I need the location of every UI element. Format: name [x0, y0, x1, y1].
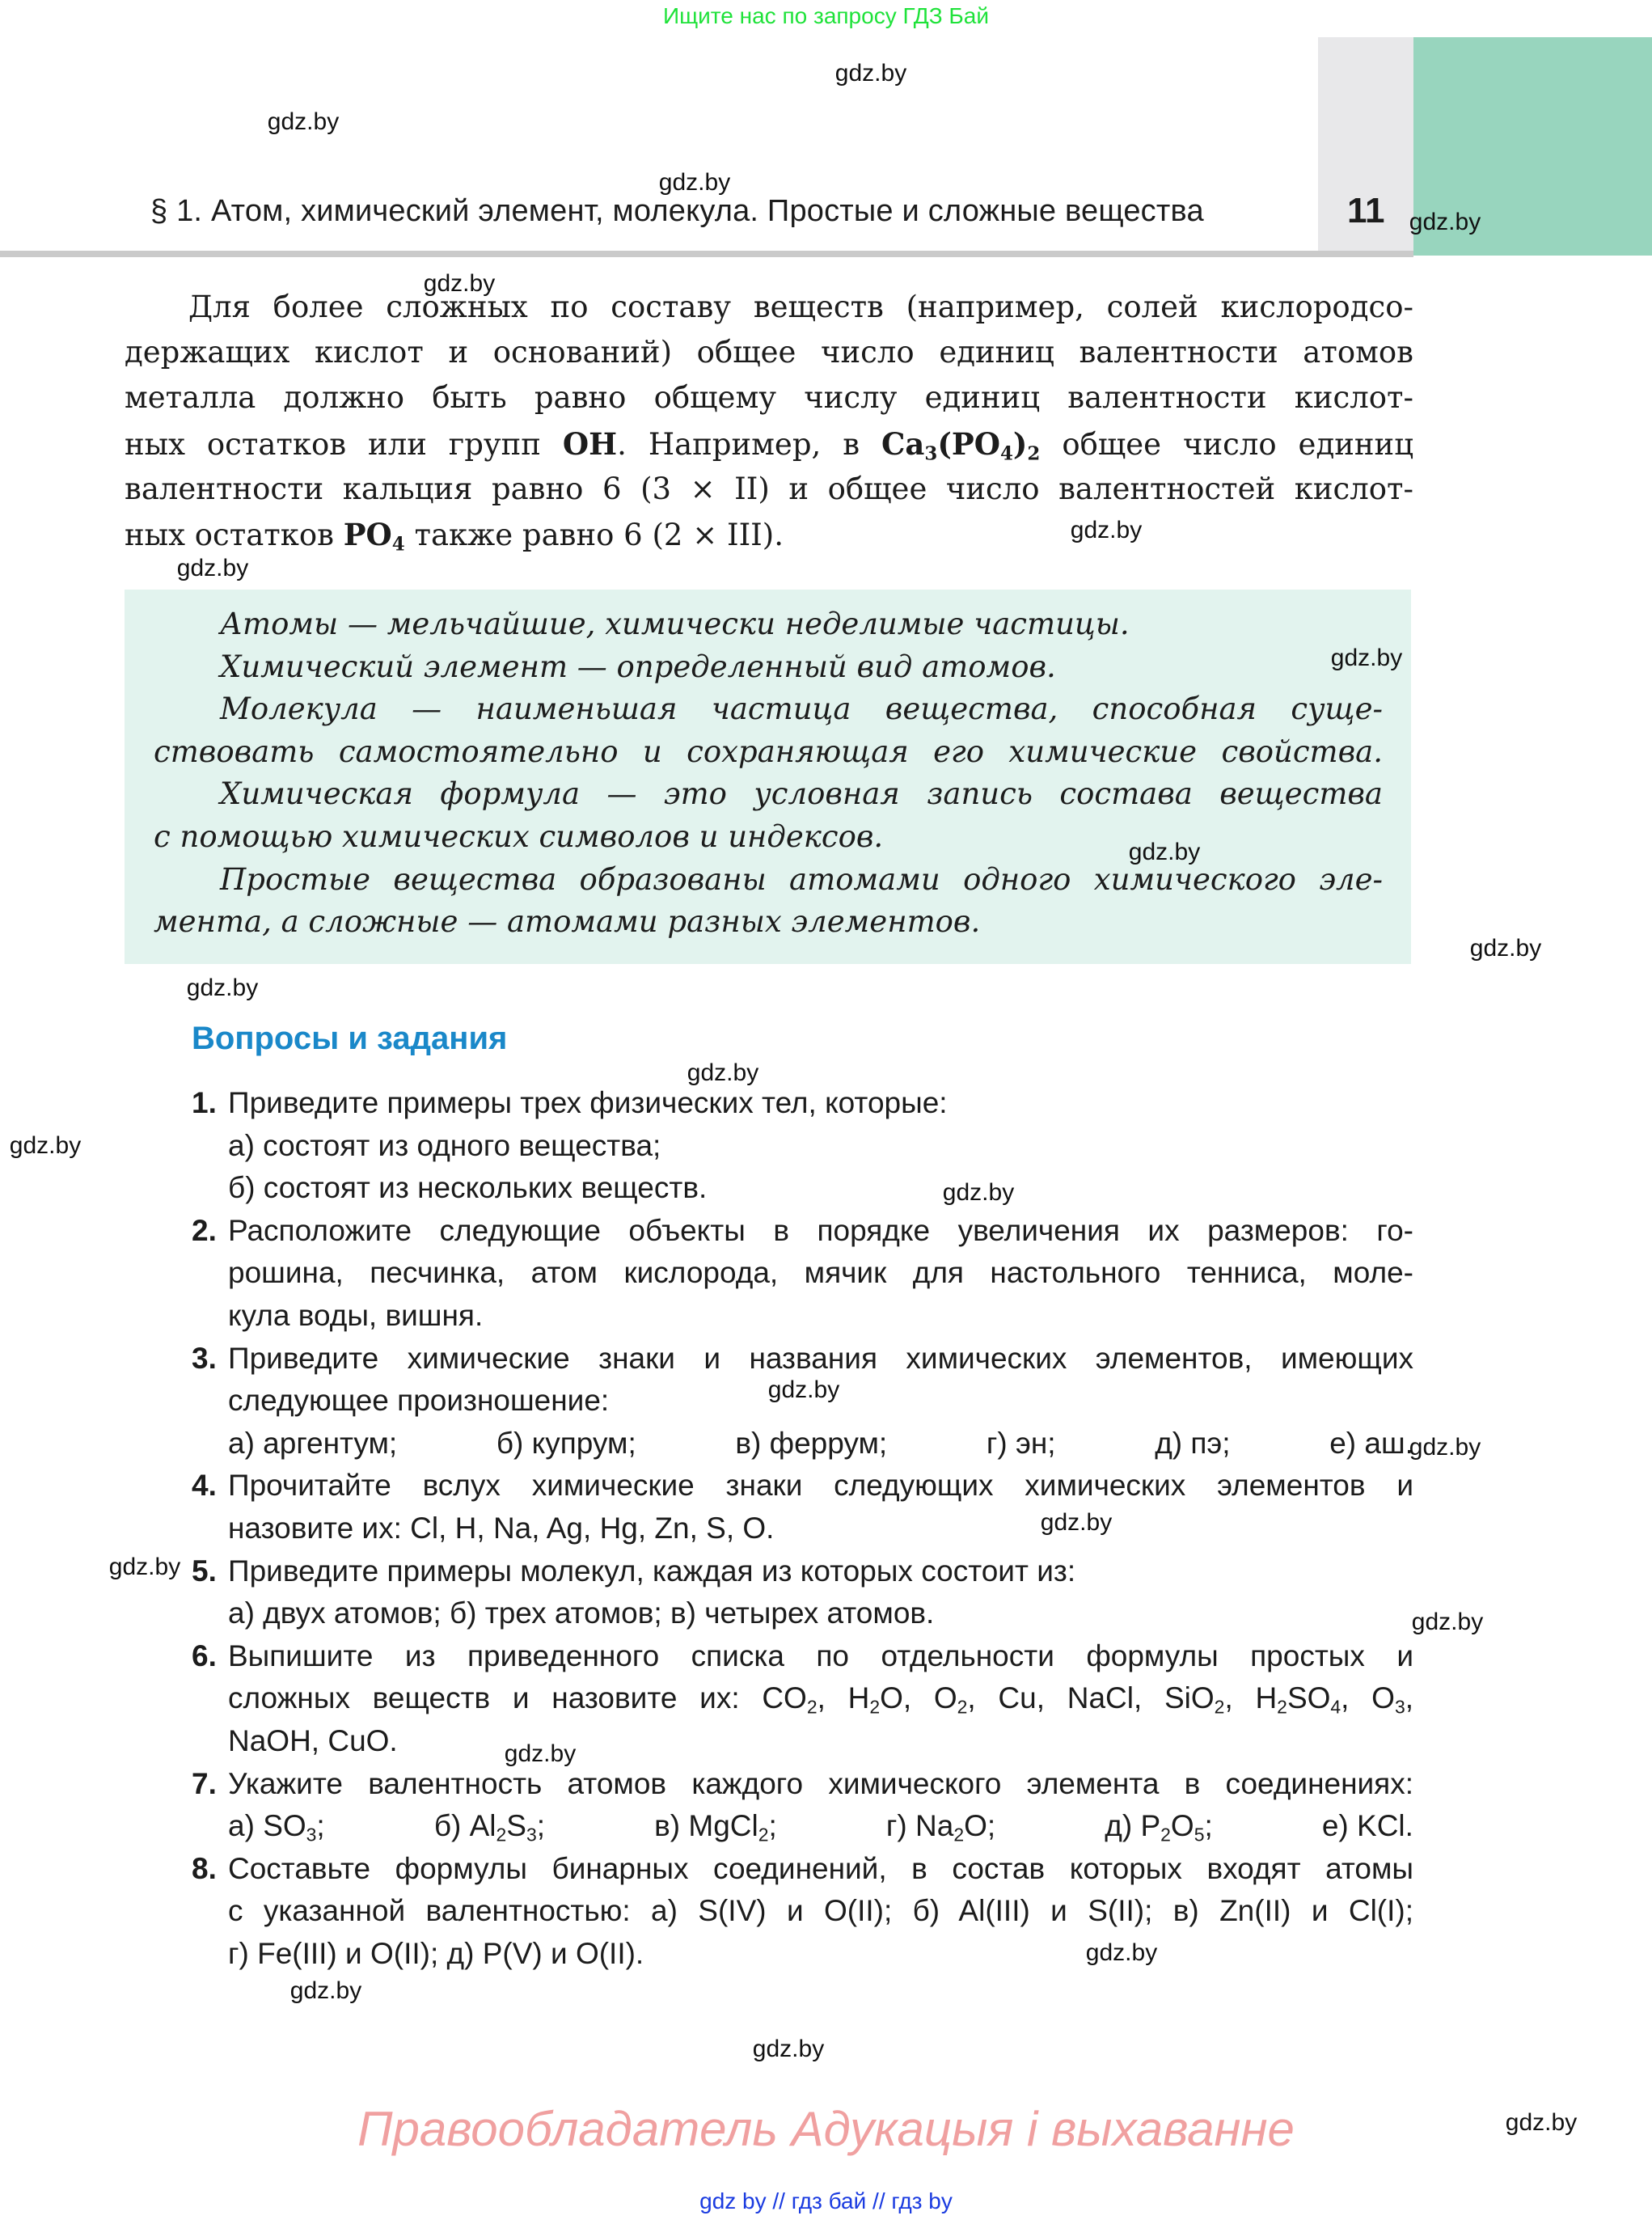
body-paragraph: Для более сложных по составу веществ (на…: [125, 285, 1413, 557]
definition-formula: Химическая формула — это условная запись…: [154, 773, 1383, 816]
question-2-cont: кула воды, вишня.: [192, 1295, 1413, 1338]
pronunciation-option: д) пэ;: [1155, 1423, 1230, 1465]
question-6: 6.Выпишите из приведенного списка по отд…: [192, 1635, 1413, 1678]
watermark: gdz.by: [943, 1179, 1014, 1207]
body-line-formula: ных остатков или групп OH. Например, в C…: [125, 421, 1413, 467]
watermark: gdz.by: [1409, 209, 1481, 236]
chapter-title: § 1. Атом, химический элемент, молекула.…: [150, 194, 1204, 229]
header-divider: [0, 251, 1413, 257]
body-line: держащих кислот и оснований) общее число…: [125, 330, 1413, 375]
question-8-cont: с указанной валентностью: а) S(IV) и O(I…: [192, 1890, 1413, 1933]
question-5-cont: а) двух атомов; б) трех атомов; в) четыр…: [192, 1592, 1413, 1635]
compound-option: д) P2O5;: [1105, 1805, 1212, 1848]
watermark: gdz.by: [424, 270, 495, 298]
body-line: Для более сложных по составу веществ (на…: [125, 285, 1413, 330]
questions-heading: Вопросы и задания: [192, 1021, 507, 1057]
question-4-cont: назовите их: Cl, H, Na, Ag, Hg, Zn, S, O…: [192, 1507, 1413, 1550]
watermark: gdz.by: [1470, 935, 1541, 962]
formula: O3,: [1371, 1681, 1413, 1715]
watermark: gdz.by: [1071, 517, 1142, 544]
formula: Cu,: [998, 1681, 1045, 1715]
pronunciation-option: г) эн;: [987, 1423, 1056, 1465]
compound-option: е) KCl.: [1322, 1805, 1413, 1848]
compound-option: б) Al2S3;: [434, 1805, 545, 1848]
formula: H2SO4,: [1255, 1681, 1349, 1715]
compound-option: а) SO3;: [228, 1805, 325, 1848]
question-6-cont: NaOH, CuO.: [192, 1720, 1413, 1763]
footer-links[interactable]: gdz by // гдз бай // гдз by: [0, 2188, 1652, 2214]
watermark: gdz.by: [187, 975, 258, 1002]
formula: O2,: [934, 1681, 976, 1715]
definition-element: Химический элемент — определенный вид ат…: [154, 646, 1383, 689]
watermark: gdz.by: [109, 1554, 180, 1581]
definition-molecule-cont: ствовать самостоятельно и сохраняющая ег…: [154, 731, 1383, 774]
question-1-option-b: б) состоят из нескольких веществ.: [192, 1167, 1413, 1210]
watermark: gdz.by: [835, 60, 906, 87]
definition-molecule: Молекула — наименьшая частица вещества, …: [154, 688, 1383, 731]
question-1: 1.Приведите примеры трех физических тел,…: [192, 1082, 1413, 1125]
question-3: 3.Приведите химические знаки и названия …: [192, 1338, 1413, 1380]
body-line: металла должно быть равно общему числу е…: [125, 375, 1413, 421]
body-line-formula: ных остатков PO4 также равно 6 (2 × III)…: [125, 512, 1413, 557]
formula: NaCl,: [1067, 1681, 1143, 1715]
question-8-cont: г) Fe(III) и O(II); д) P(V) и O(II).: [192, 1933, 1413, 1976]
page-number: 11: [1347, 191, 1385, 231]
definitions-text: Атомы — мельчайшие, химически неделимые …: [154, 603, 1383, 944]
watermark: gdz.by: [1129, 839, 1200, 866]
question-5: 5.Приведите примеры молекул, каждая из к…: [192, 1550, 1413, 1593]
question-6-formulas: сложных веществ и назовите их: CO2, H2O,…: [192, 1677, 1413, 1720]
question-8: 8.Составьте формулы бинарных соединений,…: [192, 1848, 1413, 1891]
question-7-options: а) SO3;б) Al2S3;в) MgCl2;г) Na2O;д) P2O5…: [192, 1805, 1413, 1848]
compound-option: в) MgCl2;: [654, 1805, 777, 1848]
question-3-options: а) аргентум;б) купрум;в) феррум;г) эн;д)…: [192, 1423, 1413, 1465]
pronunciation-option: е) аш.: [1329, 1423, 1413, 1465]
watermark: gdz.by: [753, 2036, 824, 2063]
compound-option: г) Na2O;: [886, 1805, 995, 1848]
watermark: gdz.by: [768, 1376, 839, 1404]
copyright-notice: Правообладатель Адукацыя і выхаванне: [0, 2101, 1652, 2157]
definition-atom: Атомы — мельчайшие, химически неделимые …: [154, 603, 1383, 646]
watermark: gdz.by: [1041, 1509, 1112, 1537]
watermark: gdz.by: [268, 108, 339, 136]
question-2-cont: рошина, песчинка, атом кислорода, мячик …: [192, 1252, 1413, 1295]
watermark: gdz.by: [505, 1740, 576, 1768]
question-7: 7.Укажите валентность атомов каждого хим…: [192, 1763, 1413, 1806]
pronunciation-option: а) аргентум;: [228, 1423, 397, 1465]
pronunciation-option: б) купрум;: [496, 1423, 636, 1465]
question-2: 2.Расположите следующие объекты в порядк…: [192, 1210, 1413, 1253]
formula: H2O,: [848, 1681, 912, 1715]
formula: CO2,: [762, 1681, 826, 1715]
pronunciation-option: в) феррум;: [735, 1423, 887, 1465]
question-4: 4.Прочитайте вслух химические знаки след…: [192, 1465, 1413, 1507]
formula: SiO2,: [1164, 1681, 1233, 1715]
watermark: gdz.by: [687, 1059, 758, 1087]
watermark: gdz.by: [177, 555, 248, 582]
watermark: gdz.by: [10, 1132, 81, 1160]
questions-list: 1.Приведите примеры трех физических тел,…: [192, 1082, 1413, 1975]
watermark: gdz.by: [1409, 1434, 1481, 1461]
definition-substances-cont: мента, а сложные — атомами разных элемен…: [154, 901, 1383, 944]
body-line: валентности кальция равно 6 (3 × II) и о…: [125, 467, 1413, 512]
watermark: gdz.by: [1331, 645, 1402, 672]
question-1-option-a: а) состоят из одного вещества;: [192, 1125, 1413, 1168]
watermark: gdz.by: [1086, 1939, 1157, 1967]
watermark: gdz.by: [290, 1977, 361, 2005]
watermark: gdz.by: [1412, 1609, 1483, 1636]
watermark: gdz.by: [659, 169, 730, 197]
search-hint-banner: Ищите нас по запросу ГДЗ Бай: [0, 3, 1652, 29]
